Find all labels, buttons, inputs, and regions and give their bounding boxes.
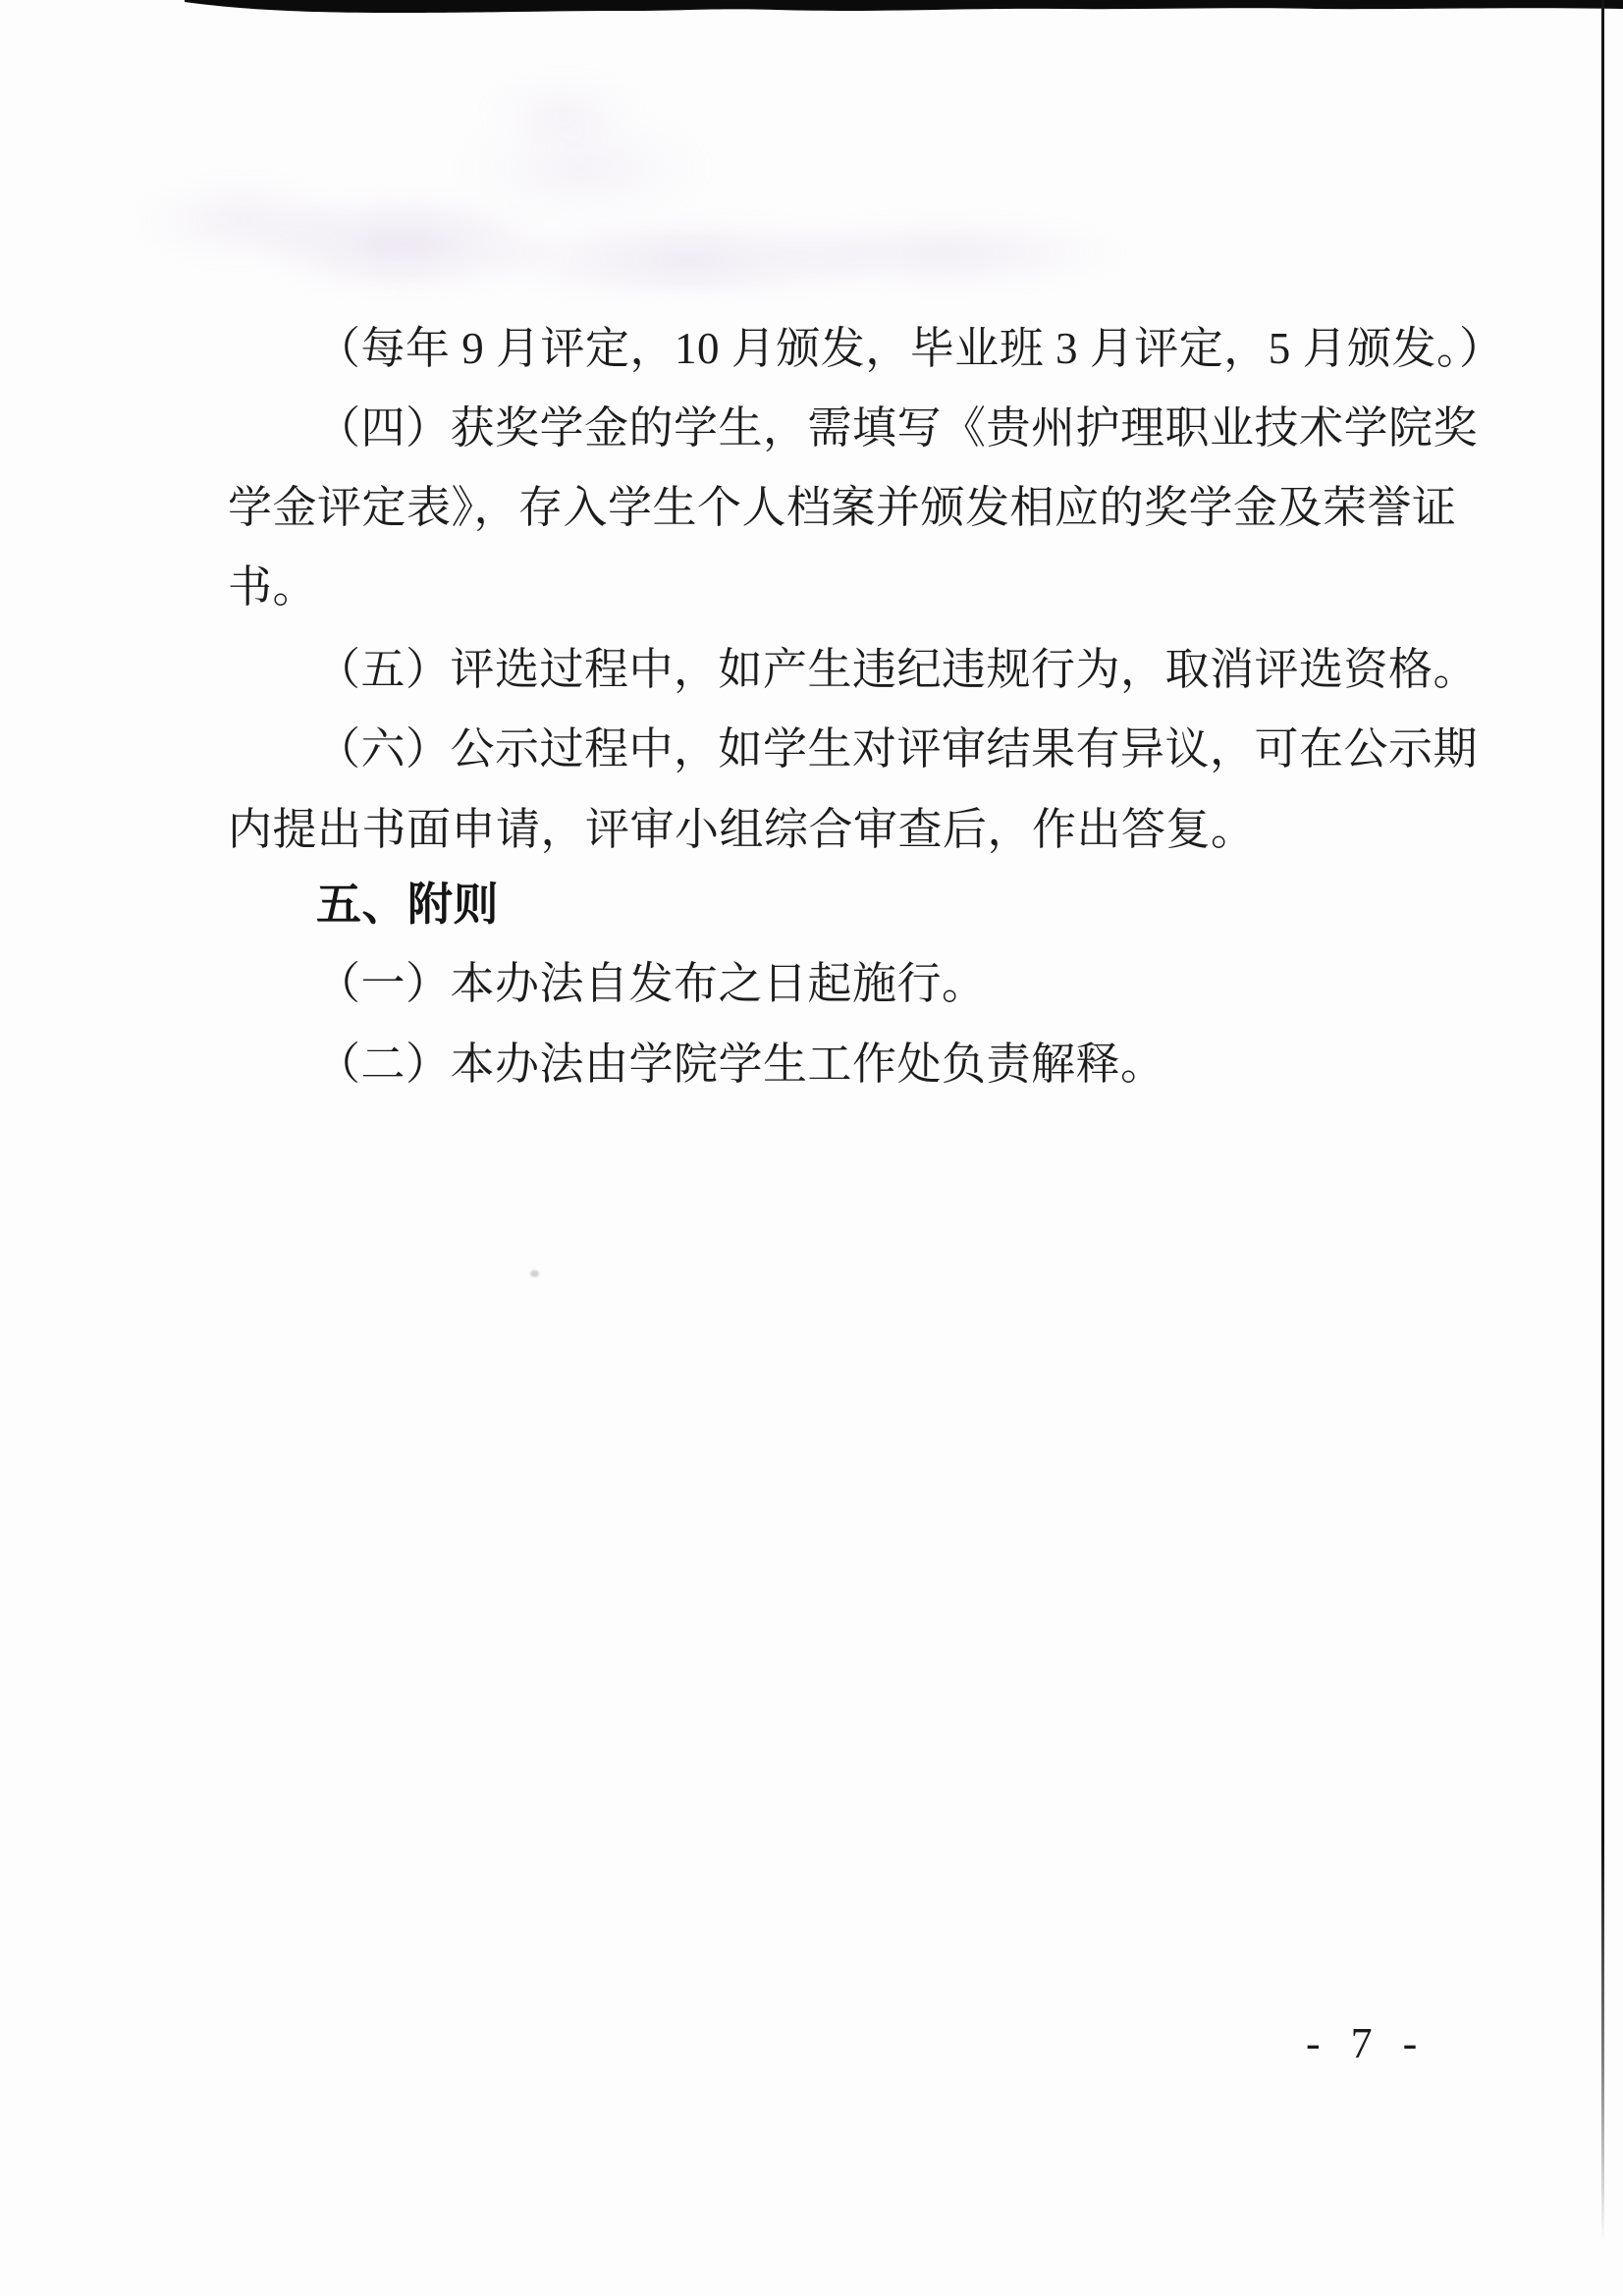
scan-top-band-artifact <box>0 0 1623 26</box>
paragraph-supplementary-item-1: （一）本办法自发布之日起施行。 <box>228 944 1573 1023</box>
section-heading-supplementary: 五、附则 <box>228 865 1573 943</box>
scan-vertical-line-artifact <box>1601 0 1604 2243</box>
dust-speck <box>530 1270 539 1277</box>
paragraph-item-6-line-1: （六）公示过程中，如学生对评审结果有异议，可在公示期 <box>228 710 1573 788</box>
paragraph-supplementary-item-2: （二）本办法由学院学生工作处负责解释。 <box>228 1025 1573 1103</box>
paragraph-schedule-note: （每年 9 月评定，10 月颁发，毕业班 3 月评定，5 月颁发。） <box>228 309 1573 388</box>
paragraph-item-6-line-2: 内提出书面申请，评审小组综合审查后，作出答复。 <box>228 790 1485 869</box>
paragraph-item-4-line-1: （四）获奖学金的学生，需填写《贵州护理职业技术学院奖 <box>228 389 1573 467</box>
paragraph-item-4-line-2: 学金评定表》，存入学生个人档案并颁发相应的奖学金及荣誉证 <box>228 468 1485 547</box>
ink-bleed-smudge <box>137 64 1198 294</box>
paragraph-item-5: （五）评选过程中，如产生违纪违规行为，取消评选资格。 <box>228 630 1573 709</box>
paragraph-item-4-line-3: 书。 <box>228 548 1485 626</box>
document-page: （每年 9 月评定，10 月颁发，毕业班 3 月评定，5 月颁发。） （四）获奖… <box>0 0 1623 2296</box>
page-number: - 7 - <box>1306 2012 1427 2075</box>
